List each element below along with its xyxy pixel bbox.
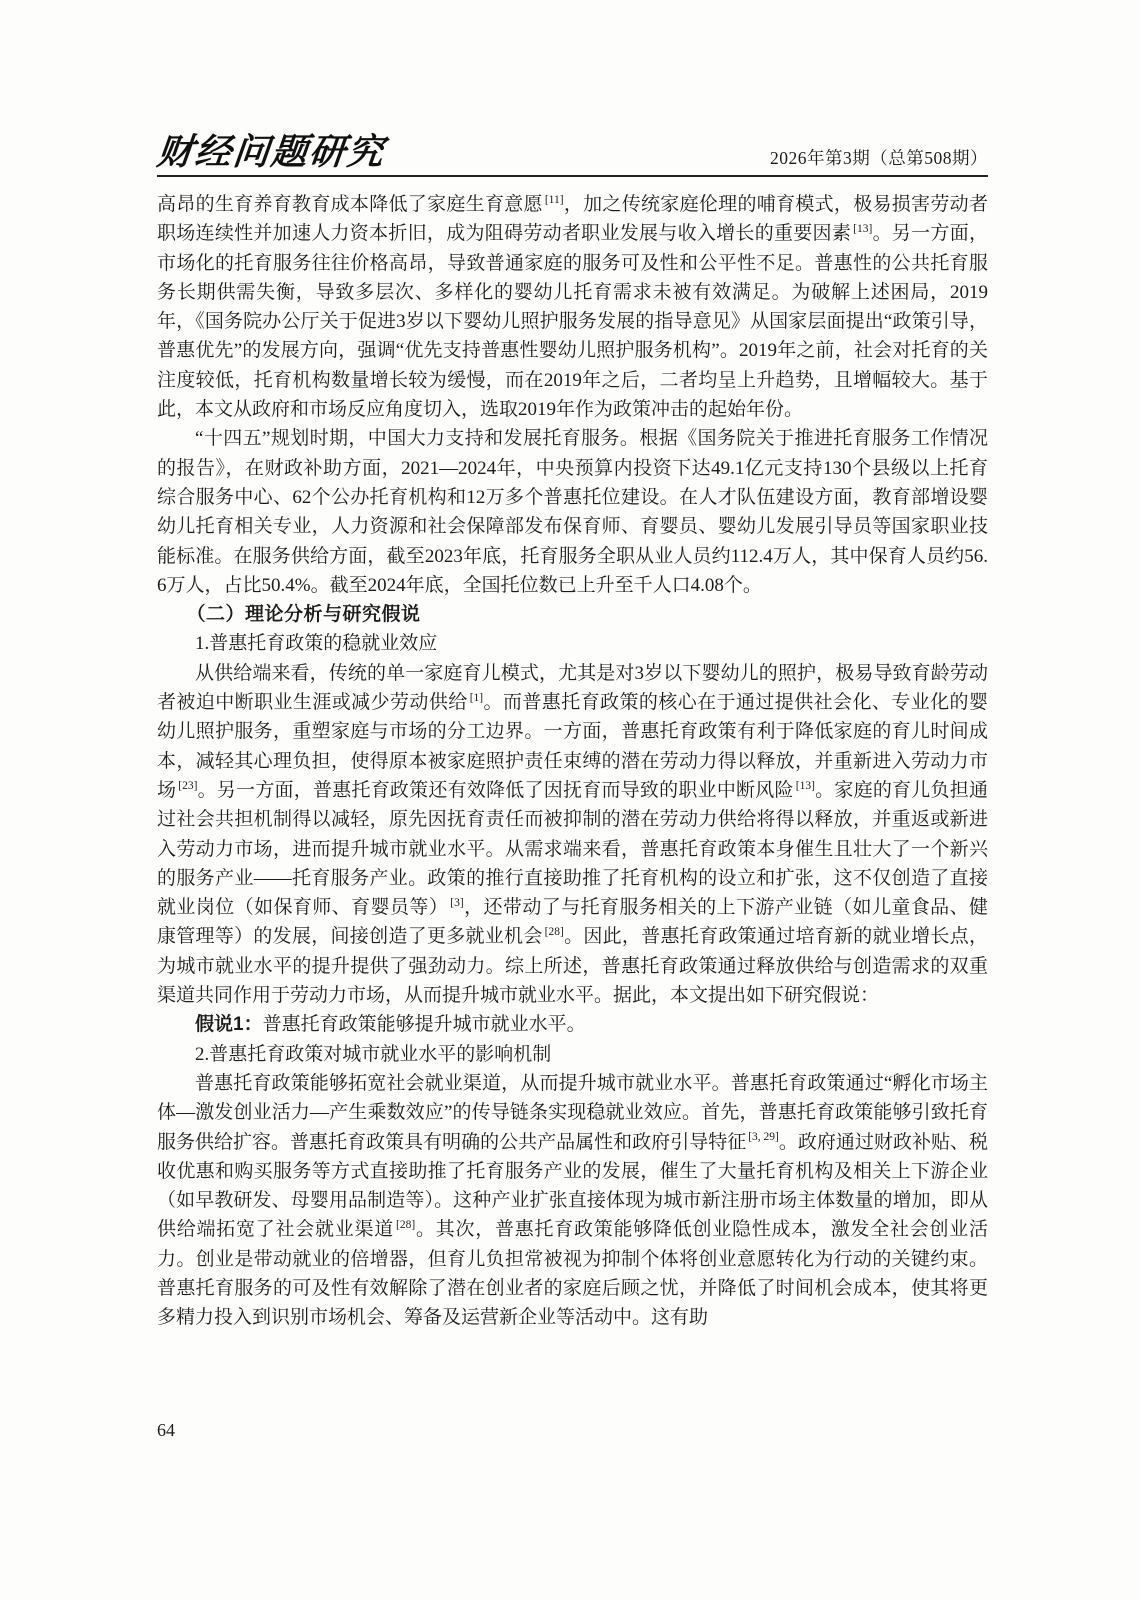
citation-ref: [1] [470,692,483,704]
paper-page: 财经问题研究 2026年第3期（总第508期） 高昂的生育养育教育成本降低了家庭… [0,0,1140,1600]
subsection-heading-1: 1.普惠托育政策的稳就业效应 [157,629,988,658]
paragraph: “十四五”规划时期，中国大力支持和发展托育服务。根据《国务院关于推进托育服务工作… [157,424,988,600]
citation-ref: [13] [853,223,872,235]
page-number: 64 [157,1420,175,1441]
text-run: 。另一方面，普惠托育政策还有效降低了因抚育而导致的职业中断风险 [197,780,793,801]
journal-logo: 财经问题研究 [155,134,387,172]
paragraph-continuation: 高昂的生育养育教育成本降低了家庭生育意愿[11]，加之传统家庭伦理的哺育模式，极… [157,190,988,424]
header-rule [157,175,988,177]
text-run: 普惠托育政策能够提升城市就业水平。 [263,1014,586,1035]
citation-ref: [3] [450,897,463,909]
text-run: 1.普惠托育政策的稳就业效应 [195,633,437,654]
paragraph: 从供给端来看，传统的单一家庭育儿模式，尤其是对3岁以下婴幼儿的照护，极易导致育龄… [157,659,988,1011]
page-header: 财经问题研究 2026年第3期（总第508期） [157,126,988,172]
emphasis-label: 假说1： [195,1014,263,1035]
paragraph: 普惠托育政策能够拓宽社会就业渠道，从而提升城市就业水平。普惠托育政策通过“孵化市… [157,1069,988,1333]
text-run: 。另一方面，市场化的托育服务往往价格高昂，导致普通家庭的服务可及性和公平性不足。… [157,223,988,420]
citation-ref: [13] [796,780,815,792]
citation-ref: [23] [178,780,197,792]
subsection-heading-2: 2.普惠托育政策对城市就业水平的影响机制 [157,1040,988,1069]
text-run: 高昂的生育养育教育成本降低了家庭生育意愿 [157,194,543,215]
citation-ref: [11] [545,194,564,206]
citation-ref: [3, 29] [748,1131,779,1143]
section-heading: （二）理论分析与研究假说 [157,600,988,629]
citation-ref: [28] [396,1219,415,1231]
text-run: （二）理论分析与研究假说 [186,604,420,625]
citation-ref: [28] [545,926,564,938]
issue-info: 2026年第3期（总第508期） [770,145,988,172]
hypothesis-1: 假说1：普惠托育政策能够提升城市就业水平。 [157,1010,988,1039]
body-text: 高昂的生育养育教育成本降低了家庭生育意愿[11]，加之传统家庭伦理的哺育模式，极… [157,190,988,1333]
text-run: “十四五”规划时期，中国大力支持和发展托育服务。根据《国务院关于推进托育服务工作… [157,428,988,595]
text-run: 2.普惠托育政策对城市就业水平的影响机制 [195,1044,551,1065]
